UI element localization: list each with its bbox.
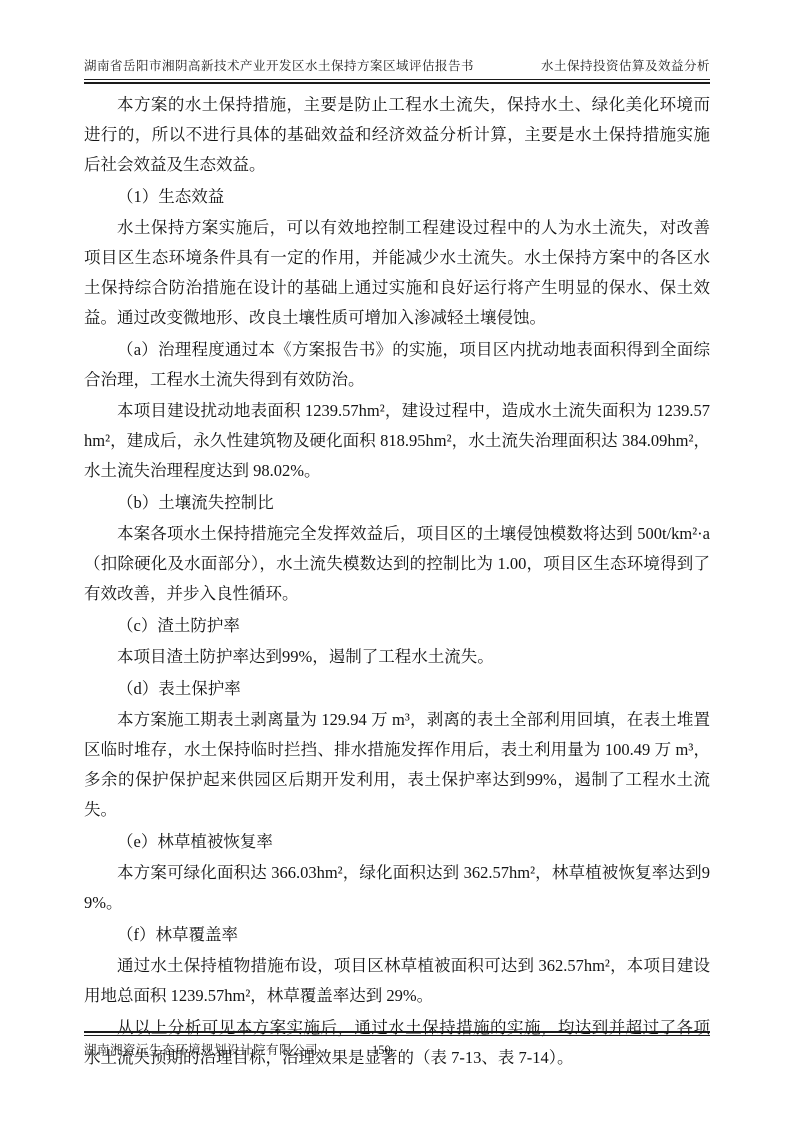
paragraph: （b）土壤流失控制比 [84,488,710,518]
footer-divider [84,1031,710,1036]
paragraph: （c）渣土防护率 [84,611,710,641]
paragraph: 本项目渣土防护率达到99%，遏制了工程水土流失。 [84,642,710,672]
paragraph: 本方案可绿化面积达 366.03hm²，绿化面积达到 362.57hm²，林草植… [84,858,710,918]
page-number: 150 [372,1041,391,1059]
footer-row: 湖南湘资沅生态环境规划设计院有限公司 150 [84,1041,710,1059]
paragraph: 本方案施工期表土剥离量为 129.94 万 m³，剥离的表土全部利用回填，在表土… [84,705,710,825]
footer-company: 湖南湘资沅生态环境规划设计院有限公司 [84,1041,318,1059]
paragraph: （1）生态效益 [84,182,710,212]
document-body: 本方案的水土保持措施，主要是防止工程水土流失，保持水土、绿化美化环境而进行的，所… [84,90,710,1074]
header-right-title: 水土保持投资估算及效益分析 [541,57,710,75]
header-left-title: 湖南省岳阳市湘阴高新技术产业开发区水土保持方案区域评估报告书 [84,57,474,75]
paragraph: 水土保持方案实施后，可以有效地控制工程建设过程中的人为水土流失，对改善项目区生态… [84,213,710,333]
paragraph: 本项目建设扰动地表面积 1239.57hm²，建设过程中，造成水土流失面积为 1… [84,396,710,486]
paragraph: （e）林草植被恢复率 [84,827,710,857]
paragraph: （a）治理程度通过本《方案报告书》的实施，项目区内扰动地表面积得到全面综合治理，… [84,335,710,395]
header-divider [84,79,710,84]
header-divider-thick-line [84,82,710,84]
paragraph: （d）表土保护率 [84,674,710,704]
page-footer: 湖南湘资沅生态环境规划设计院有限公司 150 [84,1031,710,1059]
paragraph: （f）林草覆盖率 [84,920,710,950]
paragraph: 本方案的水土保持措施，主要是防止工程水土流失，保持水土、绿化美化环境而进行的，所… [84,90,710,180]
header-row: 湖南省岳阳市湘阴高新技术产业开发区水土保持方案区域评估报告书 水土保持投资估算及… [84,57,710,75]
footer-divider-thin-line [84,1035,710,1036]
document-page: 湖南省岳阳市湘阴高新技术产业开发区水土保持方案区域评估报告书 水土保持投资估算及… [0,0,793,1122]
paragraph: 本案各项水土保持措施完全发挥效益后，项目区的土壤侵蚀模数将达到 500t/km²… [84,519,710,609]
page-header: 湖南省岳阳市湘阴高新技术产业开发区水土保持方案区域评估报告书 水土保持投资估算及… [84,57,710,84]
paragraph: 通过水土保持植物措施布设，项目区林草植被面积可达到 362.57hm²，本项目建… [84,951,710,1011]
